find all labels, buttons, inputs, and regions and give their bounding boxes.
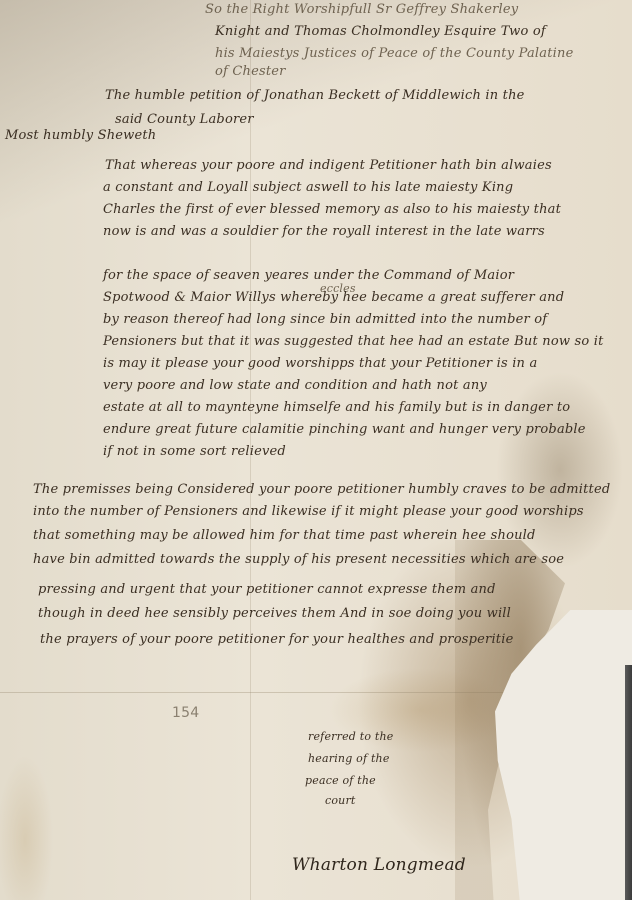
body1-line-3: Charles the first of ever blessed memory… bbox=[103, 202, 561, 217]
body1-line-9: is may it please your good worshipps tha… bbox=[103, 356, 537, 371]
body1-line-11: estate at all to maynteyne himselfe and … bbox=[103, 400, 570, 415]
body1-line-4: now is and was a souldier for the royall… bbox=[103, 224, 545, 239]
body1-line-10: very poore and low state and condition a… bbox=[103, 378, 487, 393]
body1-line-2: a constant and Loyall subject aswell to … bbox=[103, 180, 513, 195]
endorsement-line-3: peace of the bbox=[305, 774, 376, 787]
endorsement-line-4: court bbox=[325, 794, 356, 807]
body1-line-13: if not in some sort relieved bbox=[103, 444, 286, 459]
body2-line-7: the prayers of your poore petitioner for… bbox=[40, 632, 513, 647]
body1-line-7: by reason thereof had long since bin adm… bbox=[103, 312, 547, 327]
address-line-3: his Maiestys Justices of Peace of the Co… bbox=[215, 46, 573, 61]
body1-line-6: Spotwood & Maior Willys whereby hee beca… bbox=[103, 290, 564, 305]
body1-line-1: That whereas your poore and indigent Pet… bbox=[105, 158, 552, 173]
body2-line-2: into the number of Pensioners and likewi… bbox=[33, 504, 584, 519]
mount-edge bbox=[625, 665, 632, 900]
signature: Wharton Longmead bbox=[292, 855, 466, 875]
body2-line-4: have bin admitted towards the supply of … bbox=[33, 552, 564, 567]
body2-line-3: that something may be allowed him for th… bbox=[33, 528, 536, 543]
address-line-1: So the Right Worshipfull Sr Geffrey Shak… bbox=[205, 2, 518, 17]
body1-line-12: endure great future calamitie pinching w… bbox=[103, 422, 586, 437]
salutation: Most humbly Sheweth bbox=[5, 128, 156, 143]
address-line-2: Knight and Thomas Cholmondley Esquire Tw… bbox=[215, 24, 546, 39]
body2-line-5: pressing and urgent that your petitioner… bbox=[38, 582, 496, 597]
endorsement-line-1: referred to the bbox=[308, 730, 393, 743]
body2-line-6: though in deed hee sensibly perceives th… bbox=[38, 606, 511, 621]
body1-line-5: for the space of seaven yeares under the… bbox=[103, 268, 514, 283]
address-line-4: of Chester bbox=[215, 64, 286, 79]
folio-number: 154 bbox=[172, 705, 199, 721]
endorsement-line-2: hearing of the bbox=[308, 752, 390, 765]
petitioner-heading-line-2: said County Laborer bbox=[115, 112, 254, 127]
body1-line-8: Pensioners but that it was suggested tha… bbox=[103, 334, 604, 349]
petitioner-heading-line-1: The humble petition of Jonathan Beckett … bbox=[105, 88, 525, 103]
body2-line-1: The premisses being Considered your poor… bbox=[33, 482, 610, 497]
